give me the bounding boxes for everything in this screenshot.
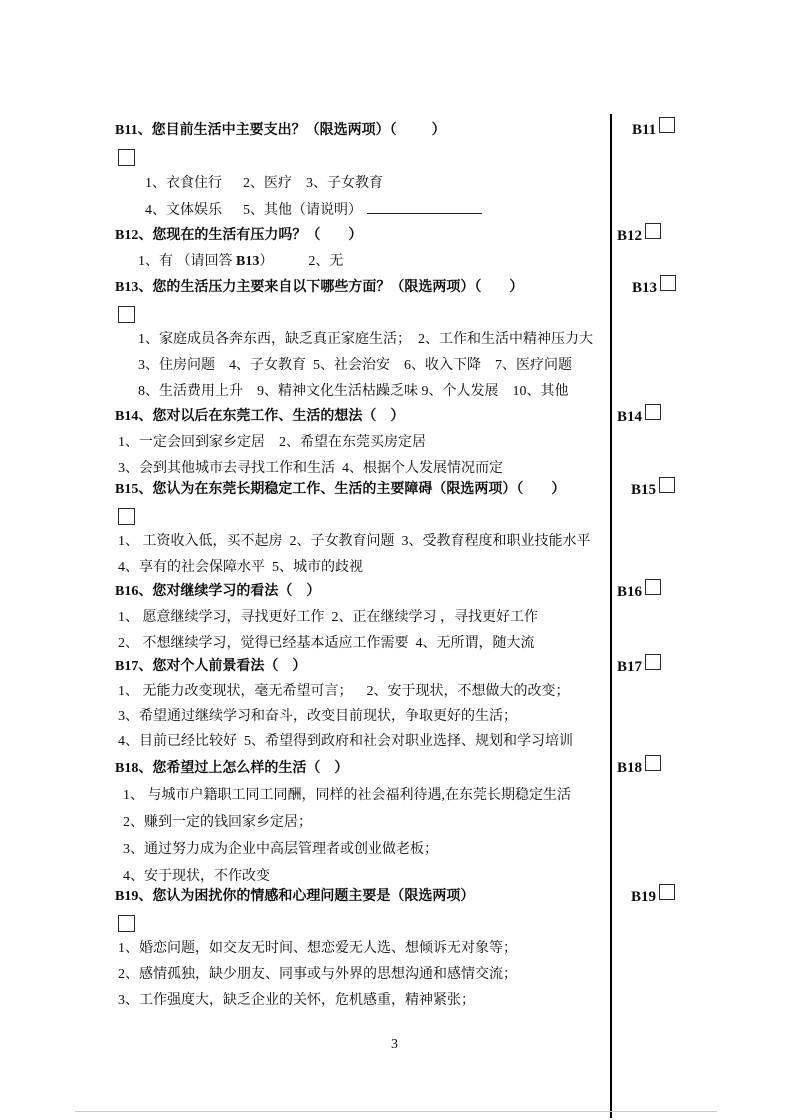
marker-b17: B17 xyxy=(617,654,661,680)
question-b15-option-line: 1、 工资收入低，买不起房 2、子女教育问题 3、受教育程度和职业技能水平 xyxy=(118,529,611,555)
marker-b11-checkbox[interactable] xyxy=(659,117,675,133)
question-b15: B15、您认为在东莞长期稳定工作、生活的主要障碍（限选两项）（ ） 1、 工资收… xyxy=(115,477,611,581)
b11-other-specify-blank[interactable] xyxy=(367,210,482,214)
b13-reference-label: B13 xyxy=(236,254,259,269)
question-b18: B18、您希望过上怎么样的生活（ ） 1、 与城市户籍职工同工同酬，同样的社会福… xyxy=(115,755,611,890)
marker-b12-checkbox[interactable] xyxy=(645,223,661,239)
question-b19-option-line: 3、工作强度大，缺乏企业的关怀，危机感重，精神紧张； xyxy=(118,988,611,1014)
marker-b18-checkbox[interactable] xyxy=(645,755,661,771)
question-b18-option-line: 3、通过努力成为企业中高层管理者或创业做老板； xyxy=(123,836,611,863)
marker-b17-label: B17 xyxy=(617,659,642,675)
question-b12-title: B12、您现在的生活有压力吗？（ ） xyxy=(115,223,611,249)
marker-b11: B11 xyxy=(632,117,675,143)
question-b12-option-text: 1、有 （请回答 xyxy=(138,254,236,269)
question-b17-option-line: 1、 无能力改变现状，毫无希望可言； 2、安于现状，不想做大的改变； xyxy=(118,679,611,704)
marker-b16-checkbox[interactable] xyxy=(645,579,661,595)
question-b13-option-line: 1、家庭成员各奔东西，缺乏真正家庭生活； 2、工作和生活中精神压力大 xyxy=(138,327,611,353)
question-b15-option-line: 4、享有的社会保障水平 5、城市的歧视 xyxy=(118,555,611,581)
marker-b16: B16 xyxy=(617,579,661,605)
marker-b13-label: B13 xyxy=(632,280,657,296)
marker-b13: B13 xyxy=(632,275,676,301)
marker-b14-label: B14 xyxy=(617,409,642,425)
question-b13: B13、您的生活压力主要来自以下哪些方面？（限选两项）（ ） 1、家庭成员各奔东… xyxy=(115,275,611,405)
question-b12-option-text: ） 2、无 xyxy=(259,254,343,269)
marker-b19: B19 xyxy=(631,884,675,910)
question-b14-option-line: 1、一定会回到家乡定居 2、希望在东莞买房定居 xyxy=(118,430,611,456)
question-b13-option-line: 3、住房问题 4、子女教育 5、社会治安 6、收入下降 7、医疗问题 xyxy=(138,353,611,379)
question-b13-option-line: 8、生活费用上升 9、精神文化生活枯躁乏味 9、个人发展 10、其他 xyxy=(138,379,611,405)
marker-b12-label: B12 xyxy=(617,228,642,244)
marker-b17-checkbox[interactable] xyxy=(645,654,661,670)
question-b19: B19、您认为困扰你的情感和心理问题主要是（限选两项） 1、婚恋问题，如交友无时… xyxy=(115,884,611,1014)
question-b11-title: B11、您目前生活中主要支出？（限选两项）（ ） xyxy=(115,117,611,144)
marker-b15-checkbox[interactable] xyxy=(659,477,675,493)
b11-inline-checkbox[interactable] xyxy=(118,149,135,166)
question-b14: B14、您对以后在东莞工作、生活的想法（ ） 1、一定会回到家乡定居 2、希望在… xyxy=(115,404,611,482)
questionnaire-page: B11、您目前生活中主要支出？（限选两项）（ ） 1、衣食住行 2、医疗 3、子… xyxy=(0,0,792,1120)
question-b17-title: B17、您对个人前景看法（ ） xyxy=(115,654,611,679)
question-b19-option-line: 1、婚恋问题，如交友无时间、想恋爱无人选、想倾诉无对象等； xyxy=(118,936,611,962)
marker-b12: B12 xyxy=(617,223,661,249)
page-bottom-rule xyxy=(75,1111,717,1112)
marker-b14: B14 xyxy=(617,404,661,430)
question-b19-option-line: 2、感情孤独，缺少朋友、同事或与外界的思想沟通和感情交流； xyxy=(118,962,611,988)
question-b18-option-line: 2、赚到一定的钱回家乡定居； xyxy=(123,809,611,836)
question-b13-title: B13、您的生活压力主要来自以下哪些方面？（限选两项）（ ） xyxy=(115,275,611,301)
marker-b19-label: B19 xyxy=(631,889,656,905)
question-b19-title: B19、您认为困扰你的情感和心理问题主要是（限选两项） xyxy=(115,884,611,910)
b13-inline-checkbox[interactable] xyxy=(118,306,135,323)
question-b17: B17、您对个人前景看法（ ） 1、 无能力改变现状，毫无希望可言； 2、安于现… xyxy=(115,654,611,754)
marker-b11-label: B11 xyxy=(632,122,656,138)
question-b16-title: B16、您对继续学习的看法（ ） xyxy=(115,579,611,605)
question-b16: B16、您对继续学习的看法（ ） 1、 愿意继续学习，寻找更好工作 2、正在继续… xyxy=(115,579,611,657)
marker-b14-checkbox[interactable] xyxy=(645,404,661,420)
question-b11-option-line: 4、文体娱乐 5、其他（请说明） xyxy=(145,197,611,224)
question-b18-title: B18、您希望过上怎么样的生活（ ） xyxy=(115,755,611,782)
question-b16-option-line: 1、 愿意继续学习，寻找更好工作 2、正在继续学习 ，寻找更好工作 xyxy=(118,605,611,631)
question-b11-option-line: 1、衣食住行 2、医疗 3、子女教育 xyxy=(145,170,611,197)
page-number: 3 xyxy=(391,1032,398,1058)
marker-b16-label: B16 xyxy=(617,584,642,600)
question-b12: B12、您现在的生活有压力吗？（ ） 1、有 （请回答 B13） 2、无 xyxy=(115,223,611,275)
marker-b15-label: B15 xyxy=(631,482,656,498)
question-b18-option-line: 1、 与城市户籍职工同工同酬，同样的社会福利待遇,在东莞长期稳定生活 xyxy=(123,782,611,809)
b15-inline-checkbox[interactable] xyxy=(118,508,135,525)
marker-b18-label: B18 xyxy=(617,760,642,776)
question-b14-title: B14、您对以后在东莞工作、生活的想法（ ） xyxy=(115,404,611,430)
question-b11: B11、您目前生活中主要支出？（限选两项）（ ） 1、衣食住行 2、医疗 3、子… xyxy=(115,117,611,224)
question-b15-title: B15、您认为在东莞长期稳定工作、生活的主要障碍（限选两项）（ ） xyxy=(115,477,611,503)
marker-b13-checkbox[interactable] xyxy=(660,275,676,291)
question-b17-option-line: 3、希望通过继续学习和奋斗，改变目前现状，争取更好的生活； xyxy=(118,704,611,729)
question-b12-option-line: 1、有 （请回答 B13） 2、无 xyxy=(138,249,611,275)
marker-b15: B15 xyxy=(631,477,675,503)
b19-inline-checkbox[interactable] xyxy=(118,915,135,932)
question-b11-option-text: 4、文体娱乐 5、其他（请说明） xyxy=(145,203,362,218)
question-b17-option-line: 4、目前已经比较好 5、希望得到政府和社会对职业选择、规划和学习培训 xyxy=(118,729,611,754)
marker-b19-checkbox[interactable] xyxy=(659,884,675,900)
marker-b18: B18 xyxy=(617,755,661,781)
